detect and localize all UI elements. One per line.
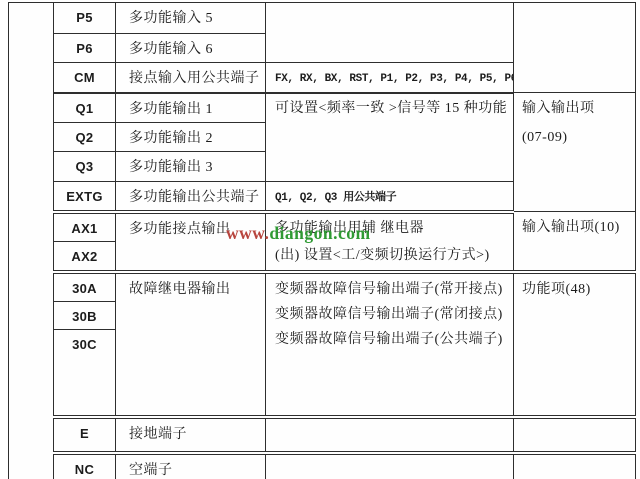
terminal-code-cell: Q3 [54,152,116,181]
desc-line: (出) 设置<工/变频切换运行方式>) [275,246,509,266]
category-line: (07-09) [522,128,631,148]
terminal-name-cell: 多功能输出公共端子 [116,181,266,212]
desc-paragraph: 变频器故障信号输出端子(公共端子) [275,329,509,351]
terminal-name-cell: 接地端子 [116,417,266,453]
terminal-desc-cell: 可设置<频率一致 >信号等 15 种功能 [266,93,514,182]
terminal-code-cell: Q1 [54,93,116,123]
category-cell: 功能项(48) [514,272,636,417]
left-margin-cell [9,3,54,479]
desc-paragraph: 变频器故障信号输出端子(常开接点) [275,279,509,301]
terminal-code-cell: 30C [54,329,116,417]
terminal-code-cell: CM [54,63,116,93]
terminal-code-cell: EXTG [54,181,116,212]
terminal-name-cell: 故障继电器输出 [116,272,266,417]
terminal-name-cell: 接点输入用公共端子 [116,63,266,93]
category-cell-empty [514,453,636,479]
terminal-desc-cell-empty [266,417,514,453]
category-line: 输入输出项 [522,99,631,119]
desc-paragraph: 变频器故障信号输出端子(常闭接点) [275,304,509,326]
terminal-function-table: P5 多功能输入 5 P6 多功能输入 6 CM 接点输入用公共端子 FX, R… [8,2,636,479]
terminal-desc-cell-empty [266,453,514,479]
terminal-name-cell: 多功能输出 1 [116,93,266,123]
category-cell-empty [514,3,636,93]
terminal-name-cell: 多功能输出 2 [116,123,266,152]
terminal-name-cell: 多功能接点输出 [116,212,266,272]
terminal-desc-cell-empty [266,3,514,63]
category-cell-empty [514,417,636,453]
terminal-name-cell: 多功能输出 3 [116,152,266,181]
terminal-name-cell: 多功能输入 6 [116,34,266,63]
terminal-desc-cell: Q1, Q2, Q3 用公共端子 [275,192,396,204]
terminal-code-cell: 30A [54,272,116,301]
terminal-code-cell: E [54,417,116,453]
category-cell: 输入输出项(10) [514,212,636,272]
terminal-code-cell: P5 [54,3,116,34]
category-cell: 输入输出项 (07-09) [514,93,636,212]
terminal-code-cell: P6 [54,34,116,63]
terminal-desc-cell: 变频器故障信号输出端子(常开接点) 变频器故障信号输出端子(常闭接点) 变频器故… [266,272,514,417]
terminal-code-cell: Q2 [54,123,116,152]
terminal-code-cell: 30B [54,301,116,329]
terminal-desc-cell: 多功能输出用辅 继电器 (出) 设置<工/变频切换运行方式>) [266,212,514,272]
terminal-name-cell: 空端子 [116,453,266,479]
desc-line: 多功能输出用辅 继电器 [275,219,509,239]
terminal-desc-cell: FX, RX, BX, RST, P1, P2, P3, P4, P5, P6 … [275,73,514,85]
terminal-code-cell: AX1 [54,212,116,242]
terminal-name-cell: 多功能输入 5 [116,3,266,34]
terminal-code-cell: NC [54,453,116,479]
terminal-code-cell: AX2 [54,242,116,272]
